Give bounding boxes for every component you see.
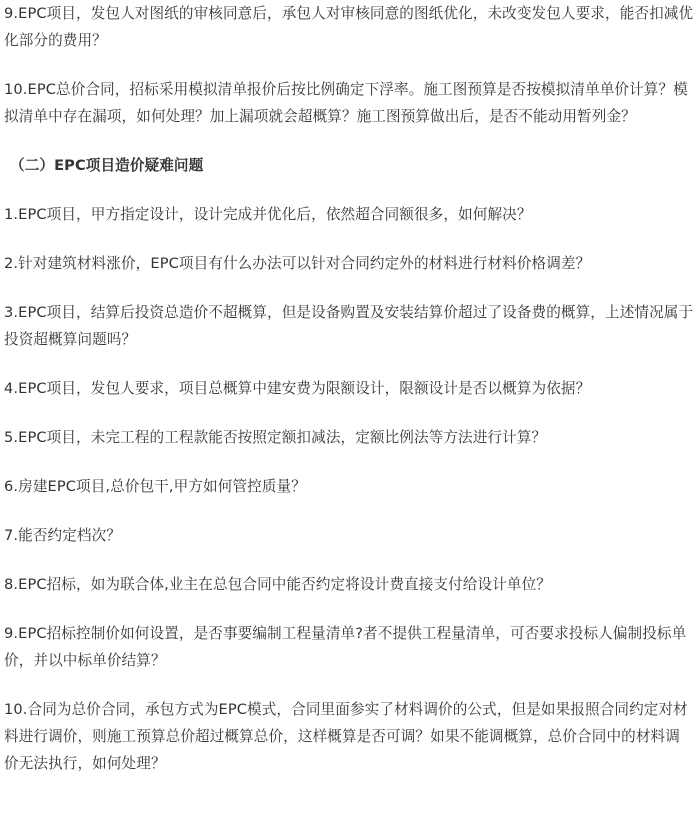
list-item-9: 9.EPC招标控制价如何设置，是否事要编制工程量清单?者不提供工程量清单，可否要… (4, 620, 694, 674)
list-item-4: 4.EPC项目，发包人要求，项目总概算中建安费为限额设计，限额设计是否以概算为依… (4, 375, 694, 402)
list-item-7: 7.能否约定档次？ (4, 522, 694, 549)
paragraph-q9: 9.EPC项目，发包人对图纸的审核同意后，承包人对审核同意的图纸优化，未改变发包… (4, 0, 694, 54)
list-item-8: 8.EPC招标，如为联合体,业主在总包合同中能否约定将设计费直接支付给设计单位？ (4, 571, 694, 598)
list-item-5: 5.EPC项目，未完工程的工程款能否按照定额扣减法，定额比例法等方法进行计算？ (4, 424, 694, 451)
paragraph-q10: 10.EPC总价合同，招标采用模拟清单报价后按比例确定下浮率。施工图预算是否按模… (4, 76, 694, 130)
list-item-3: 3.EPC项目，结算后投资总造价不超概算，但是设备购置及安装结算价超过了设备费的… (4, 299, 694, 353)
section-heading: （二）EPC项目造价疑难问题 (4, 152, 694, 179)
list-item-1: 1.EPC项目，甲方指定设计，设计完成并优化后，依然超合同额很多，如何解决？ (4, 201, 694, 228)
article-body: 9.EPC项目，发包人对图纸的审核同意后，承包人对审核同意的图纸优化，未改变发包… (0, 0, 694, 777)
list-item-10: 10.合同为总价合同，承包方式为EPC模式，合同里面参实了材料调价的公式，但是如… (4, 696, 694, 777)
list-item-6: 6.房建EPC项目,总价包干,甲方如何管控质量？ (4, 473, 694, 500)
list-item-2: 2.针对建筑材料涨价，EPC项目有什么办法可以针对合同约定外的材料进行材料价格调… (4, 250, 694, 277)
